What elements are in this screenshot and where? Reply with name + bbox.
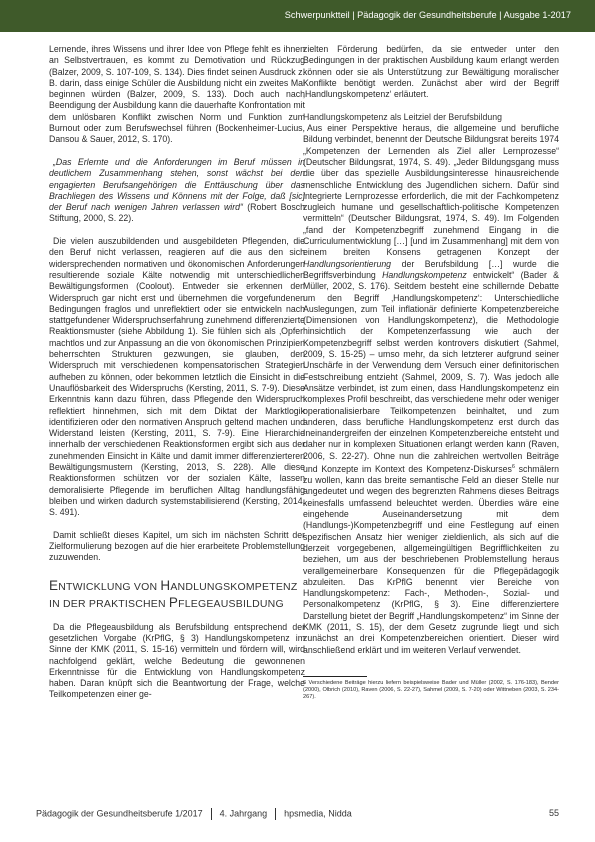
body-paragraph: zielten Förderung bedürfen, da sie entwe…	[303, 44, 559, 100]
body-paragraph: Die vielen auszubildenden und ausgebilde…	[49, 236, 305, 518]
footnote-divider	[303, 676, 367, 677]
footer-publisher: hpsmedia, Nidda	[284, 808, 352, 818]
subsection-heading: Handlungskompetenz als Leitziel der Beru…	[303, 112, 559, 123]
footer-separator	[211, 808, 212, 820]
section-heading: ENTWICKLUNG VON HANDLUNGSKOMPETENZ IN DE…	[49, 578, 305, 612]
section-heading-line-1: ENTWICKLUNG VON HANDLUNGSKOMPETENZ	[49, 578, 305, 595]
footer-volume: 4. Jahrgang	[220, 808, 268, 818]
body-paragraph: Damit schließt dieses Kapitel, um sich i…	[49, 530, 305, 564]
left-column: Lernende, ihres Wissens und ihrer Idee v…	[49, 44, 305, 701]
body-paragraph: Da die Pflegeausbildung als Berufsbildun…	[49, 622, 305, 701]
page-footer: Pädagogik der Gesundheitsberufe 1/20174.…	[36, 808, 571, 822]
emphasis-term: Handlungskompetenz	[382, 270, 467, 280]
page-number: 55	[549, 808, 559, 818]
body-paragraph: Aus einer Perspektive heraus, die allgem…	[303, 123, 559, 656]
block-quote: „Das Erlernte und die Anforderungen im B…	[49, 157, 305, 225]
footer-separator	[275, 808, 276, 820]
header-bar: Schwerpunktteil | Pädagogik der Gesundhe…	[0, 0, 595, 32]
section-heading-line-2: IN DER PRAKTISCHEN PFLEGEAUSBILDUNG	[49, 595, 305, 612]
emphasis-term: Handlungsorientierung	[303, 259, 391, 269]
footer-journal: Pädagogik der Gesundheitsberufe 1/2017	[36, 808, 203, 818]
right-column: zielten Förderung bedürfen, da sie entwe…	[303, 44, 559, 702]
running-header: Schwerpunktteil | Pädagogik der Gesundhe…	[285, 10, 571, 20]
body-paragraph: Lernende, ihres Wissens und ihrer Idee v…	[49, 44, 305, 146]
footnote: 6 Verschiedene Beiträge hierzu liefern b…	[303, 680, 559, 702]
